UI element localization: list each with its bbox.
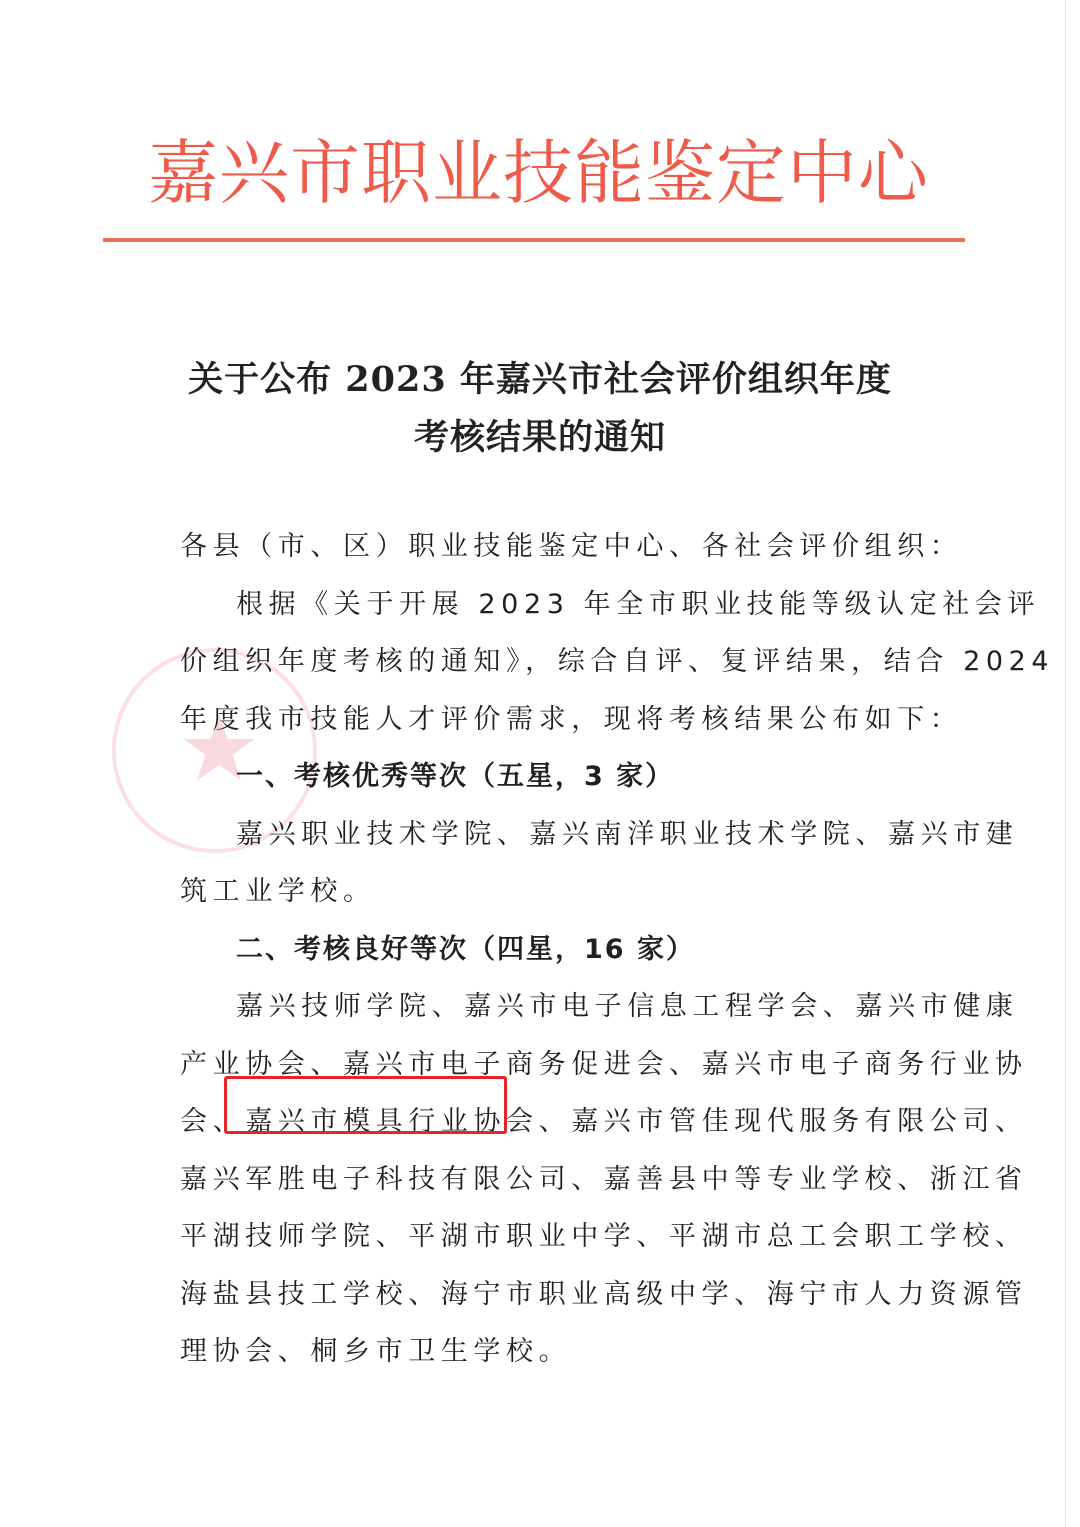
section-good-line: 海盐县技工学校、海宁市职业高级中学、海宁市人力资源管 [180, 1266, 928, 1324]
letterhead-char: 嘉 [148, 128, 218, 218]
document-title-line-1: 关于公布 2023 年嘉兴市社会评价组织年度 [150, 352, 930, 402]
section-good-line: 平湖技师学院、平湖市职业中学、平湖市总工会职工学校、 [180, 1208, 928, 1266]
letterhead-char: 能 [574, 128, 644, 218]
letterhead-char: 技 [503, 128, 573, 218]
letterhead-char: 职 [361, 128, 431, 218]
letterhead-char: 心 [858, 128, 928, 218]
letterhead-char: 中 [787, 128, 857, 218]
section-good-line: 嘉兴技师学院、嘉兴市电子信息工程学会、嘉兴市健康 [180, 978, 928, 1036]
letterhead-char: 业 [432, 128, 502, 218]
intro-line: 年度我市技能人才评价需求，现将考核结果公布如下： [180, 691, 928, 749]
intro-line: 价组织年度考核的通知》，综合自评、复评结果，结合 2024 [180, 633, 928, 691]
letterhead-char: 市 [290, 128, 360, 218]
highlight-box-mold-industry-association [224, 1076, 507, 1134]
section-excellent-line: 筑工业学校。 [180, 863, 928, 921]
section-heading-good: 二、考核良好等次（四星，16 家） [180, 921, 928, 979]
letterhead-org-name: 嘉 兴 市 职 业 技 能 鉴 定 中 心 [148, 128, 928, 218]
section-excellent-line: 嘉兴职业技术学院、嘉兴南洋职业技术学院、嘉兴市建 [180, 806, 928, 864]
page-edge [1065, 0, 1066, 1527]
intro-line: 根据《关于开展 2023 年全市职业技能等级认定社会评 [180, 576, 928, 634]
document-title-line-2: 考核结果的通知 [150, 410, 930, 460]
section-good-line: 嘉兴军胜电子科技有限公司、嘉善县中等专业学校、浙江省 [180, 1151, 928, 1209]
document-body: 各县（市、区）职业技能鉴定中心、各社会评价组织： 根据《关于开展 2023 年全… [180, 518, 928, 1381]
letterhead-char: 定 [716, 128, 786, 218]
letterhead-divider [103, 238, 965, 242]
salutation: 各县（市、区）职业技能鉴定中心、各社会评价组织： [180, 518, 928, 576]
letterhead-char: 兴 [219, 128, 289, 218]
letterhead-char: 鉴 [645, 128, 715, 218]
section-good-line: 理协会、桐乡市卫生学校。 [180, 1323, 928, 1381]
section-heading-excellent: 一、考核优秀等次（五星，3 家） [180, 748, 928, 806]
